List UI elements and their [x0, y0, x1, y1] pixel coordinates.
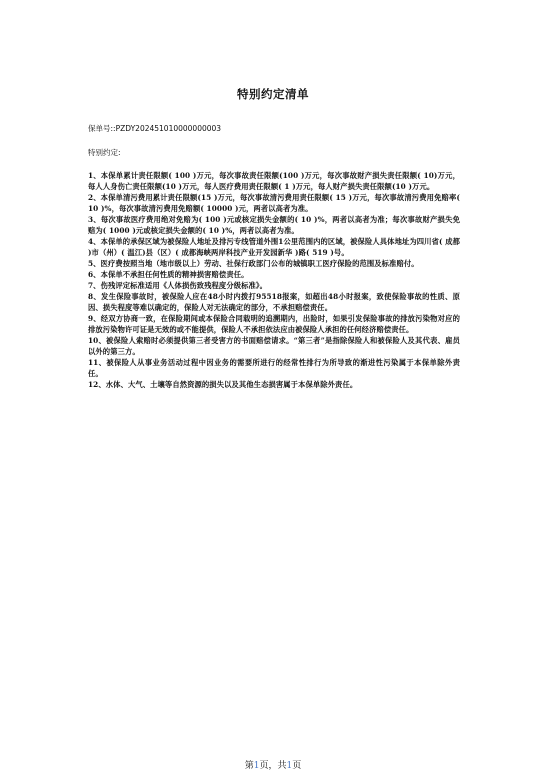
- clause-item: 12、水体、大气、土壤等自然资源的损失以及其他生态损害属于本保单除外责任。: [88, 379, 460, 390]
- page-suffix: 页: [292, 761, 301, 771]
- document-title: 特别约定清单: [0, 86, 546, 102]
- clause-item: 4、本保单的承保区域为被保险人地址及排污专线管道外围1公里范围内的区域，被保险人…: [88, 236, 460, 258]
- clause-item: 5、医疗费按照当地（地市级以上）劳动、社保行政部门公布的城镇职工医疗保险的范围及…: [88, 258, 460, 269]
- clause-item: 3、每次事故医疗费用绝对免赔为( 100 )元或核定损失金额的( 10 )%，两…: [88, 214, 460, 236]
- page-prefix: 第: [245, 761, 254, 771]
- clause-item: 1、本保单累计责任限额( 100 )万元，每次事故责任限额(100 )万元，每次…: [88, 170, 460, 192]
- page-footer: 第1页，共1页: [0, 758, 546, 771]
- page-mid: 页，共: [259, 761, 286, 771]
- policy-number-label: 保单号::: [88, 124, 116, 133]
- clause-item: 2、本保单清污费用累计责任限额(15 )万元，每次事故清污费用责任限额( 15 …: [88, 192, 460, 214]
- clause-item: 7、伤残评定标准适用《人体损伤致残程度分级标准》。: [88, 280, 460, 291]
- clause-item: 6、本保单不承担任何性质的精神损害赔偿责任。: [88, 269, 460, 280]
- clause-item: 9、经双方协商一致，在保险期间或本保险合同载明的追溯期内，出险时，如果引发保险事…: [88, 313, 460, 335]
- policy-number-line: 保单号::PZDY202451010000000003: [88, 123, 221, 134]
- clause-list: 1、本保单累计责任限额( 100 )万元，每次事故责任限额(100 )万元，每次…: [88, 170, 460, 390]
- clause-item: 11、被保险人从事业务活动过程中因业务的需要所进行的经常性排行为所导致的渐进性污…: [88, 357, 460, 379]
- special-agreements-label: 特别约定:: [88, 147, 121, 158]
- clause-item: 8、发生保险事故时，被保险人应在48小时内拨打95518报案，如超出48小时报案…: [88, 291, 460, 313]
- policy-number-value: PZDY202451010000000003: [116, 124, 222, 133]
- clause-item: 10、被保险人索赔时必须提供第三者受害方的书面赔偿请求。“第三者”是指除保险人和…: [88, 335, 460, 357]
